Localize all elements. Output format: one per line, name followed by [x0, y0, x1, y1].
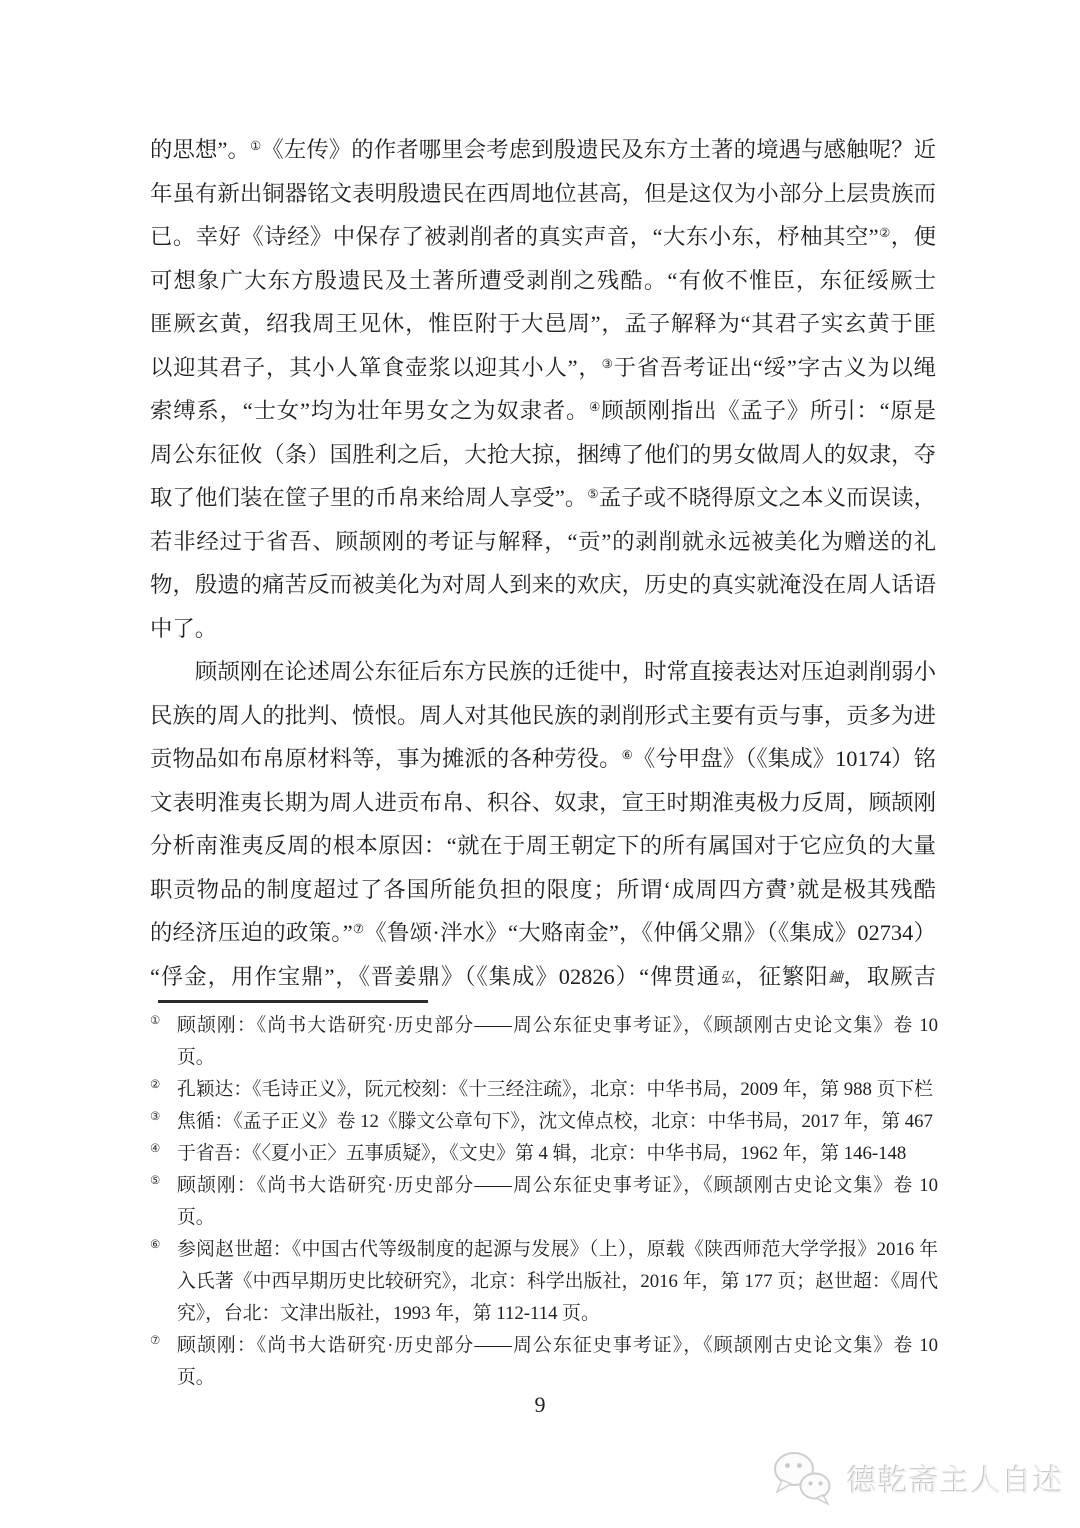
- rare-glyph: 弘: [720, 971, 735, 986]
- body-line: 取了他们装在筐子里的币帛来给周人享受”。⑤孟子或不晓得原文之本义而误读，: [150, 476, 936, 520]
- footnote-line: 顾颉刚：《尚书大诰研究·历史部分——周公东征史事考证》，《顾颉刚古史论文集》卷 …: [177, 1330, 938, 1362]
- body-line: “俘金，用作宝鼎”，《晋姜鼎》（《集成》02826）“俾贯通弘，征繁阳𨦈，取厥吉: [150, 955, 936, 999]
- body-line: 以迎其君子，其小人箪食壶浆以迎其小人”，③于省吾考证出“绥”字古义为以绳: [150, 346, 936, 390]
- body-line: 民族的周人的批判、愤恨。周人对其他民族的剥削形式主要有贡与事，贡多为进: [150, 694, 936, 738]
- footnote-line: 究》，台北：文津出版社，1993 年，第 112-114 页。: [177, 1298, 938, 1330]
- footnote-line: 页。: [177, 1362, 938, 1394]
- body-line: 已。幸好《诗经》中保存了被剥削者的真实声音，“大东小东，杼柚其空”②，便: [150, 215, 936, 259]
- body-line: 周公东征攸（条）国胜利之后，大抢大掠，捆缚了他们的男女做周人的奴隶，夺: [150, 433, 936, 477]
- page-number: 9: [0, 1392, 1080, 1418]
- footnote-ref: ③: [602, 357, 614, 371]
- body-line: 文表明淮夷长期为周人进贡布帛、积谷、奴隶，宣王时期淮夷极力反周，顾颉刚: [150, 781, 936, 825]
- watermark: 德乾斋主人自述: [769, 1448, 1064, 1508]
- footnotes: ①顾颉刚：《尚书大诰研究·历史部分——周公东征史事考证》，《顾颉刚古史论文集》卷…: [150, 1010, 938, 1394]
- footnote-item: ②孔颖达：《毛诗正义》，阮元校刻：《十三经注疏》，北京：中华书局，2009 年，…: [150, 1074, 938, 1106]
- footnote-marker: ⑥: [150, 1237, 160, 1251]
- body-line: 中了。: [150, 607, 936, 651]
- body-line: 贡物品如布帛原材料等，事为摊派的各种劳役。⑥《兮甲盘》（《集成》10174）铭: [150, 737, 936, 781]
- footnote-line: 顾颉刚：《尚书大诰研究·历史部分——周公东征史事考证》，《顾颉刚古史论文集》卷 …: [177, 1170, 938, 1202]
- body-line: 年虽有新出铜器铭文表明殷遗民在西周地位甚高，但是这仅为小部分上层贵族而: [150, 172, 936, 216]
- footnote-marker: ⑤: [150, 1173, 160, 1187]
- footnote-marker: ②: [150, 1077, 160, 1091]
- rare-glyph: 𨦈: [829, 971, 844, 986]
- body-line: 物，殷遗的痛苦反而被美化为对周人到来的欢庆，历史的真实就淹没在周人话语: [150, 563, 936, 607]
- body-line: 职贡物品的制度超过了各国所能负担的限度；所谓‘成周四方賮’就是极其残酷: [150, 868, 936, 912]
- document-page: 的思想”。①《左传》的作者哪里会考虑到殷遗民及东方土著的境遇与感触呢？近年虽有新…: [0, 0, 1080, 1528]
- body-line: 的经济压迫的政策。”⑦《鲁颂·泮水》“大赂南金”，《仲偁父鼎》（《集成》0273…: [150, 911, 936, 955]
- footnote-item: ⑥参阅赵世超：《中国古代等级制度的起源与发展》（上），原载《陕西师范大学学报》2…: [150, 1234, 938, 1330]
- footnote-line: 参阅赵世超：《中国古代等级制度的起源与发展》（上），原载《陕西师范大学学报》20…: [177, 1234, 938, 1266]
- footnote-marker: ①: [150, 1013, 160, 1027]
- body-paragraph: 的思想”。①《左传》的作者哪里会考虑到殷遗民及东方土著的境遇与感触呢？近年虽有新…: [150, 128, 936, 650]
- footnote-item: ⑦顾颉刚：《尚书大诰研究·历史部分——周公东征史事考证》，《顾颉刚古史论文集》卷…: [150, 1330, 938, 1394]
- footnote-line: 焦循：《孟子正义》卷 12《滕文公章句下》，沈文倬点校，北京：中华书局，2017…: [177, 1106, 938, 1138]
- body-text: 的思想”。①《左传》的作者哪里会考虑到殷遗民及东方土著的境遇与感触呢？近年虽有新…: [150, 128, 936, 998]
- footnote-separator: [158, 1000, 428, 1003]
- body-line: 可想象广大东方殷遗民及土著所遭受剥削之残酷。“有攸不惟臣，东征绥厥士女，: [150, 259, 936, 303]
- footnote-ref: ①: [250, 139, 261, 153]
- footnote-ref: ②: [879, 226, 891, 240]
- body-line: 顾颉刚在论述周公东征后东方民族的迁徙中，时常直接表达对压迫剥削弱小: [150, 650, 936, 694]
- footnote-marker: ④: [150, 1141, 160, 1155]
- footnote-ref: ⑦: [353, 922, 365, 936]
- watermark-text: 德乾斋主人自述: [847, 1456, 1064, 1500]
- footnote-ref: ④: [589, 400, 601, 414]
- footnote-ref: ⑥: [622, 748, 633, 762]
- body-line: 的思想”。①《左传》的作者哪里会考虑到殷遗民及东方土著的境遇与感触呢？近: [150, 128, 936, 172]
- footnote-line: 页。: [177, 1202, 938, 1234]
- body-line: 分析南淮夷反周的根本原因：“就在于周王朝定下的所有属国对于它应负的大量: [150, 824, 936, 868]
- footnote-line: 于省吾：《〈夏小正〉五事质疑》，《文史》第 4 辑，北京：中华书局，1962 年…: [177, 1138, 938, 1170]
- footnote-item: ③焦循：《孟子正义》卷 12《滕文公章句下》，沈文倬点校，北京：中华书局，201…: [150, 1106, 938, 1138]
- footnote-ref: ⑤: [587, 487, 598, 501]
- footnote-line: 入氏著《中西早期历史比较研究》，北京：科学出版社，2016 年，第 177 页；…: [177, 1266, 938, 1298]
- body-line: 匪厥玄黄，绍我周王见休，惟臣附于大邑周”，孟子解释为“其君子实玄黄于匪: [150, 302, 936, 346]
- body-line: 若非经过于省吾、顾颉刚的考证与解释，“贡”的剥削就永远被美化为赠送的礼: [150, 520, 936, 564]
- body-paragraph: 顾颉刚在论述周公东征后东方民族的迁徙中，时常直接表达对压迫剥削弱小民族的周人的批…: [150, 650, 936, 998]
- footnote-line: 页。: [177, 1042, 938, 1074]
- footnote-item: ④于省吾：《〈夏小正〉五事质疑》，《文史》第 4 辑，北京：中华书局，1962 …: [150, 1138, 938, 1170]
- footnote-marker: ⑦: [150, 1333, 160, 1347]
- footnote-line: 孔颖达：《毛诗正义》，阮元校刻：《十三经注疏》，北京：中华书局，2009 年，第…: [177, 1074, 938, 1106]
- body-line: 索缚系，“士女”均为壮年男女之为奴隶者。④顾颉刚指出《孟子》所引：“原是: [150, 389, 936, 433]
- footnote-item: ⑤顾颉刚：《尚书大诰研究·历史部分——周公东征史事考证》，《顾颉刚古史论文集》卷…: [150, 1170, 938, 1234]
- footnote-item: ①顾颉刚：《尚书大诰研究·历史部分——周公东征史事考证》，《顾颉刚古史论文集》卷…: [150, 1010, 938, 1074]
- footnote-line: 顾颉刚：《尚书大诰研究·历史部分——周公东征史事考证》，《顾颉刚古史论文集》卷 …: [177, 1010, 938, 1042]
- wechat-icon: [769, 1448, 835, 1508]
- footnote-marker: ③: [150, 1109, 160, 1123]
